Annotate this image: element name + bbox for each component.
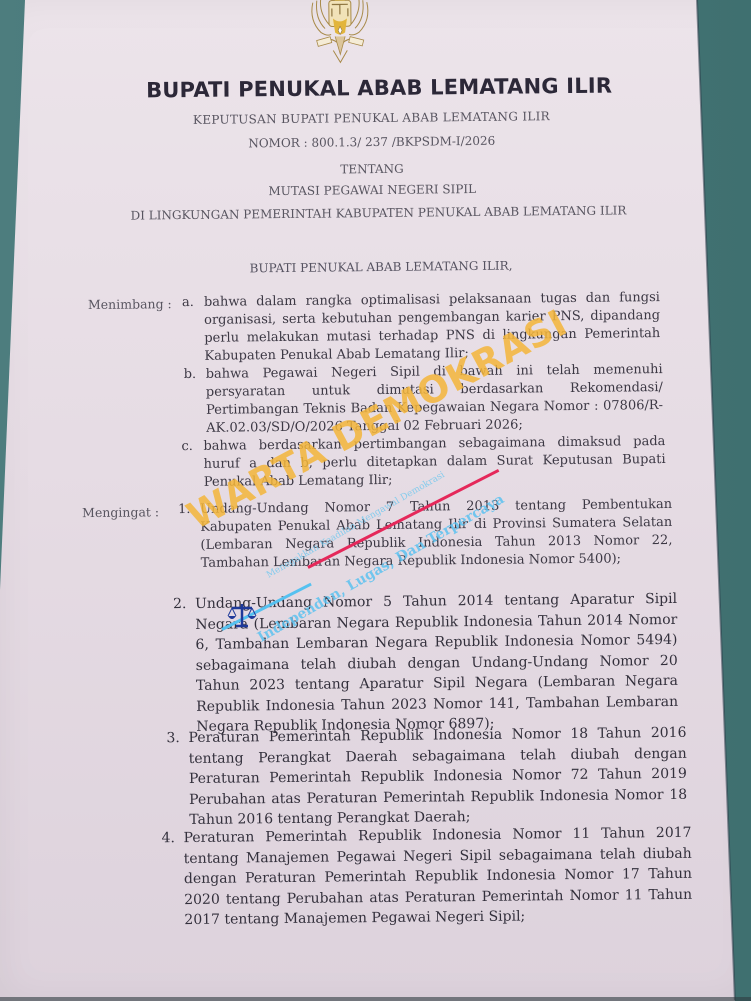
- item-marker: 2.: [173, 594, 187, 615]
- menimbang-item-b: b. bahwa Pegawai Negeri Sipil di bawah i…: [206, 361, 664, 438]
- decree-document: BUPATI PENUKAL ABAB LEMATANG ILIR KEPUTU…: [0, 0, 751, 1001]
- item-marker: 4.: [161, 828, 175, 849]
- mengingat-label: Mengingat :: [82, 504, 159, 520]
- menimbang-item-c: c. bahwa berdasarkan pertimbangan sebaga…: [203, 433, 666, 492]
- item-text: Peraturan Pemerintah Republik Indonesia …: [183, 823, 692, 931]
- mengingat-item-4: 4. Peraturan Pemerintah Republik Indones…: [183, 823, 692, 931]
- photo-scene: BUPATI PENUKAL ABAB LEMATANG ILIR KEPUTU…: [0, 0, 751, 1001]
- item-text: bahwa dalam rangka optimalisasi pelaksan…: [204, 289, 661, 366]
- menimbang-label: Menimbang :: [88, 296, 172, 312]
- item-marker: 3.: [166, 728, 180, 749]
- item-marker: b.: [184, 366, 197, 384]
- about-label: TENTANG: [0, 158, 748, 180]
- item-text: Undang-Undang Nomor 5 Tahun 2014 tentang…: [195, 589, 678, 738]
- issuer-line: BUPATI PENUKAL ABAB LEMATANG ILIR,: [6, 256, 751, 278]
- decree-number: NOMOR : 800.1.3/ 237 /BKPSDM-I/2026: [0, 131, 747, 153]
- item-text: bahwa Pegawai Negeri Sipil di bawah ini …: [206, 361, 664, 438]
- mengingat-item-1: 1. Undang-Undang Nomor 7 Tahun 2013 tent…: [200, 496, 673, 573]
- item-marker: 1.: [178, 501, 191, 519]
- item-text: Peraturan Pemerintah Republik Indonesia …: [188, 723, 687, 831]
- document-heading: BUPATI PENUKAL ABAB LEMATANG ILIR: [4, 72, 751, 104]
- menimbang-item-a: a. bahwa dalam rangka optimalisasi pelak…: [204, 289, 661, 366]
- item-text: bahwa berdasarkan pertimbangan sebagaima…: [203, 433, 666, 492]
- subject-line-2: DI LINGKUNGAN PEMERINTAH KABUPATEN PENUK…: [3, 202, 751, 224]
- subject-line-1: MUTASI PEGAWAI NEGERI SIPIL: [0, 179, 748, 201]
- garuda-emblem-icon: [307, 0, 374, 71]
- item-text: Undang-Undang Nomor 7 Tahun 2013 tentang…: [200, 496, 673, 573]
- mengingat-item-3: 3. Peraturan Pemerintah Republik Indones…: [188, 723, 687, 831]
- mengingat-item-2: 2. Undang-Undang Nomor 5 Tahun 2014 tent…: [195, 589, 678, 738]
- item-marker: a.: [182, 294, 194, 312]
- decree-title: KEPUTUSAN BUPATI PENUKAL ABAB LEMATANG I…: [0, 107, 747, 129]
- item-marker: c.: [181, 438, 193, 456]
